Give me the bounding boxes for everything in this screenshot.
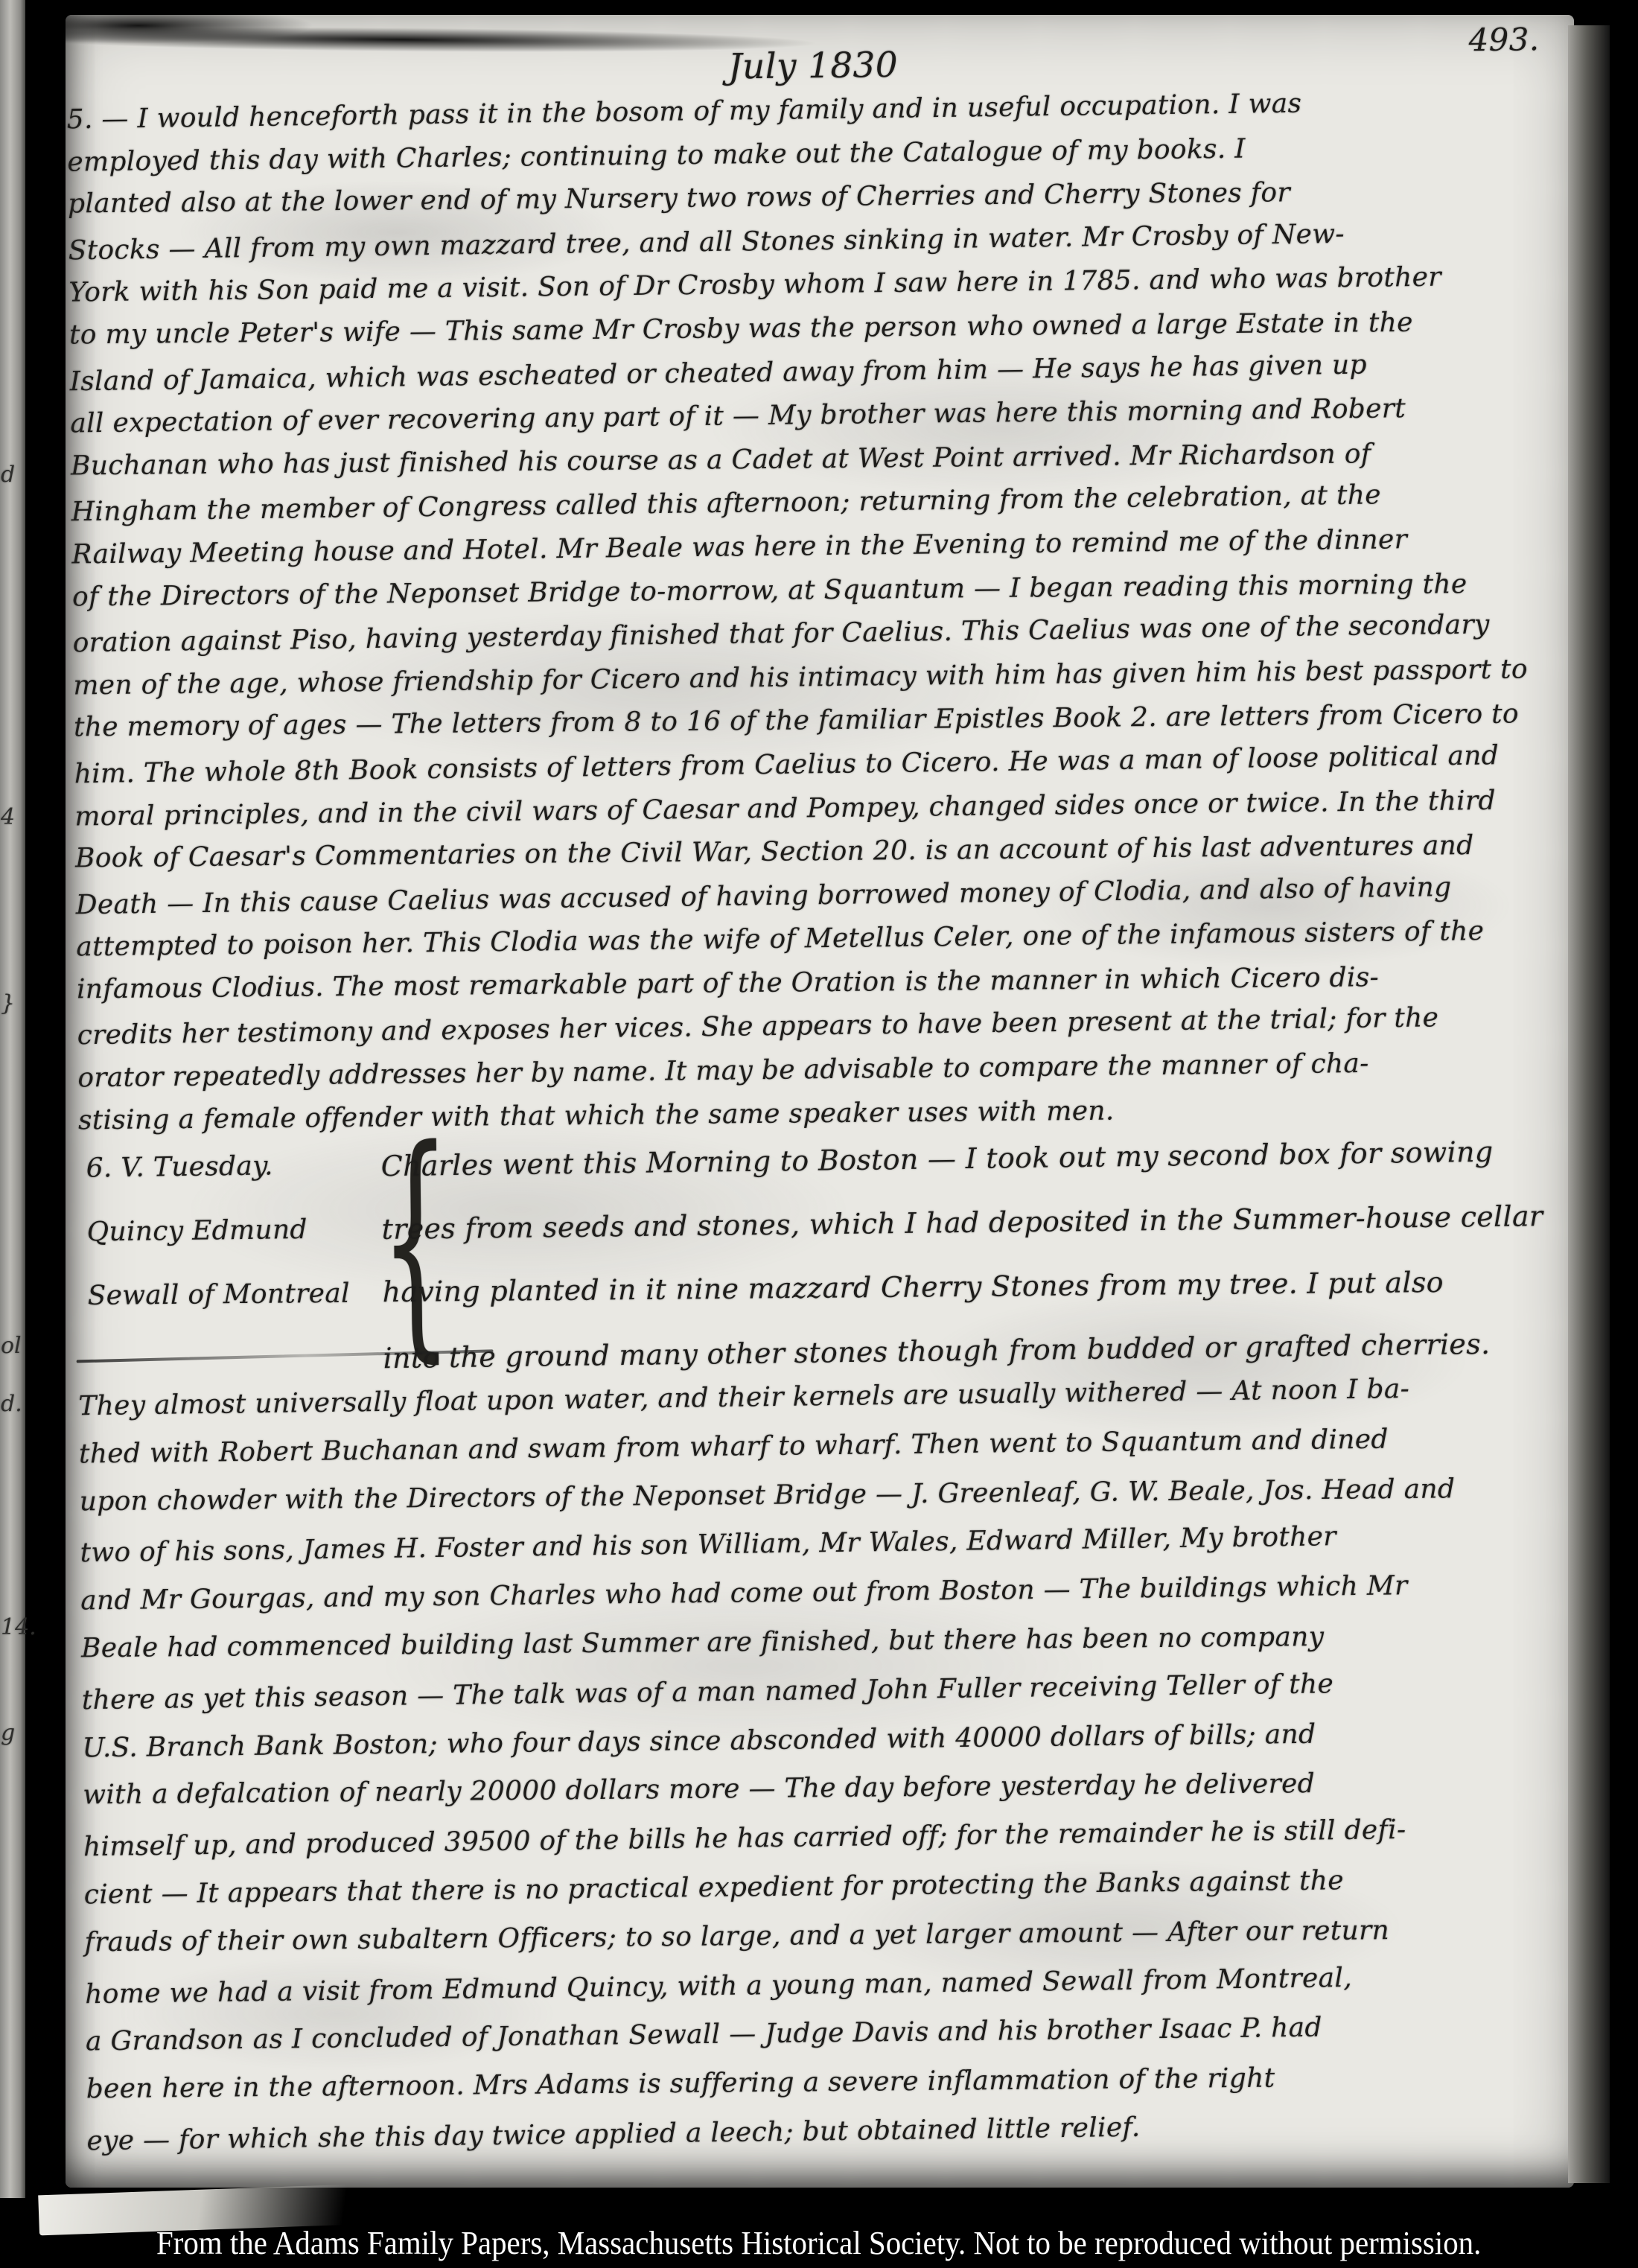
page-number: 493. bbox=[1468, 21, 1539, 58]
book-fore-edge bbox=[1568, 25, 1610, 2183]
manuscript-line: Quincy Edmund bbox=[86, 1197, 349, 1264]
ink-fragment: d bbox=[1, 462, 25, 488]
entry-6-indented-text: Charles went this Morning to Boston — I … bbox=[380, 1120, 1582, 1389]
ink-fragment: g bbox=[1, 1720, 25, 1746]
page-content: July 1830 493. 5. — I would henceforth p… bbox=[54, 0, 1587, 2188]
previous-page-edge: d4}old.14.g bbox=[0, 0, 25, 2198]
entry-5-text: 5. — I would henceforth pass it in the b… bbox=[66, 80, 1567, 1144]
credit-band: From the Adams Family Papers, Massachuse… bbox=[0, 2222, 1638, 2268]
manuscript-page: July 1830 493. 5. — I would henceforth p… bbox=[66, 15, 1574, 2188]
ink-fragment: d. bbox=[1, 1391, 25, 1417]
date-heading: July 1830 bbox=[728, 45, 899, 88]
manuscript-line: 6. V. Tuesday. bbox=[86, 1133, 348, 1201]
scanned-document: d4}old.14.g July 1830 493. 5. — I would … bbox=[0, 0, 1638, 2268]
ink-fragment: 14. bbox=[1, 1614, 25, 1640]
ink-fragment: 4 bbox=[1, 804, 25, 830]
entry-6-text: They almost universally float upon water… bbox=[78, 1364, 1584, 2165]
entry-6-margin-note: 6. V. Tuesday.Quincy EdmundSewall of Mon… bbox=[86, 1133, 350, 1328]
manuscript-line: Sewall of Montreal bbox=[87, 1262, 350, 1328]
credit-line: From the Adams Family Papers, Massachuse… bbox=[156, 2222, 1481, 2265]
ink-fragment: ol bbox=[1, 1333, 25, 1359]
ink-fragment: } bbox=[1, 990, 25, 1016]
